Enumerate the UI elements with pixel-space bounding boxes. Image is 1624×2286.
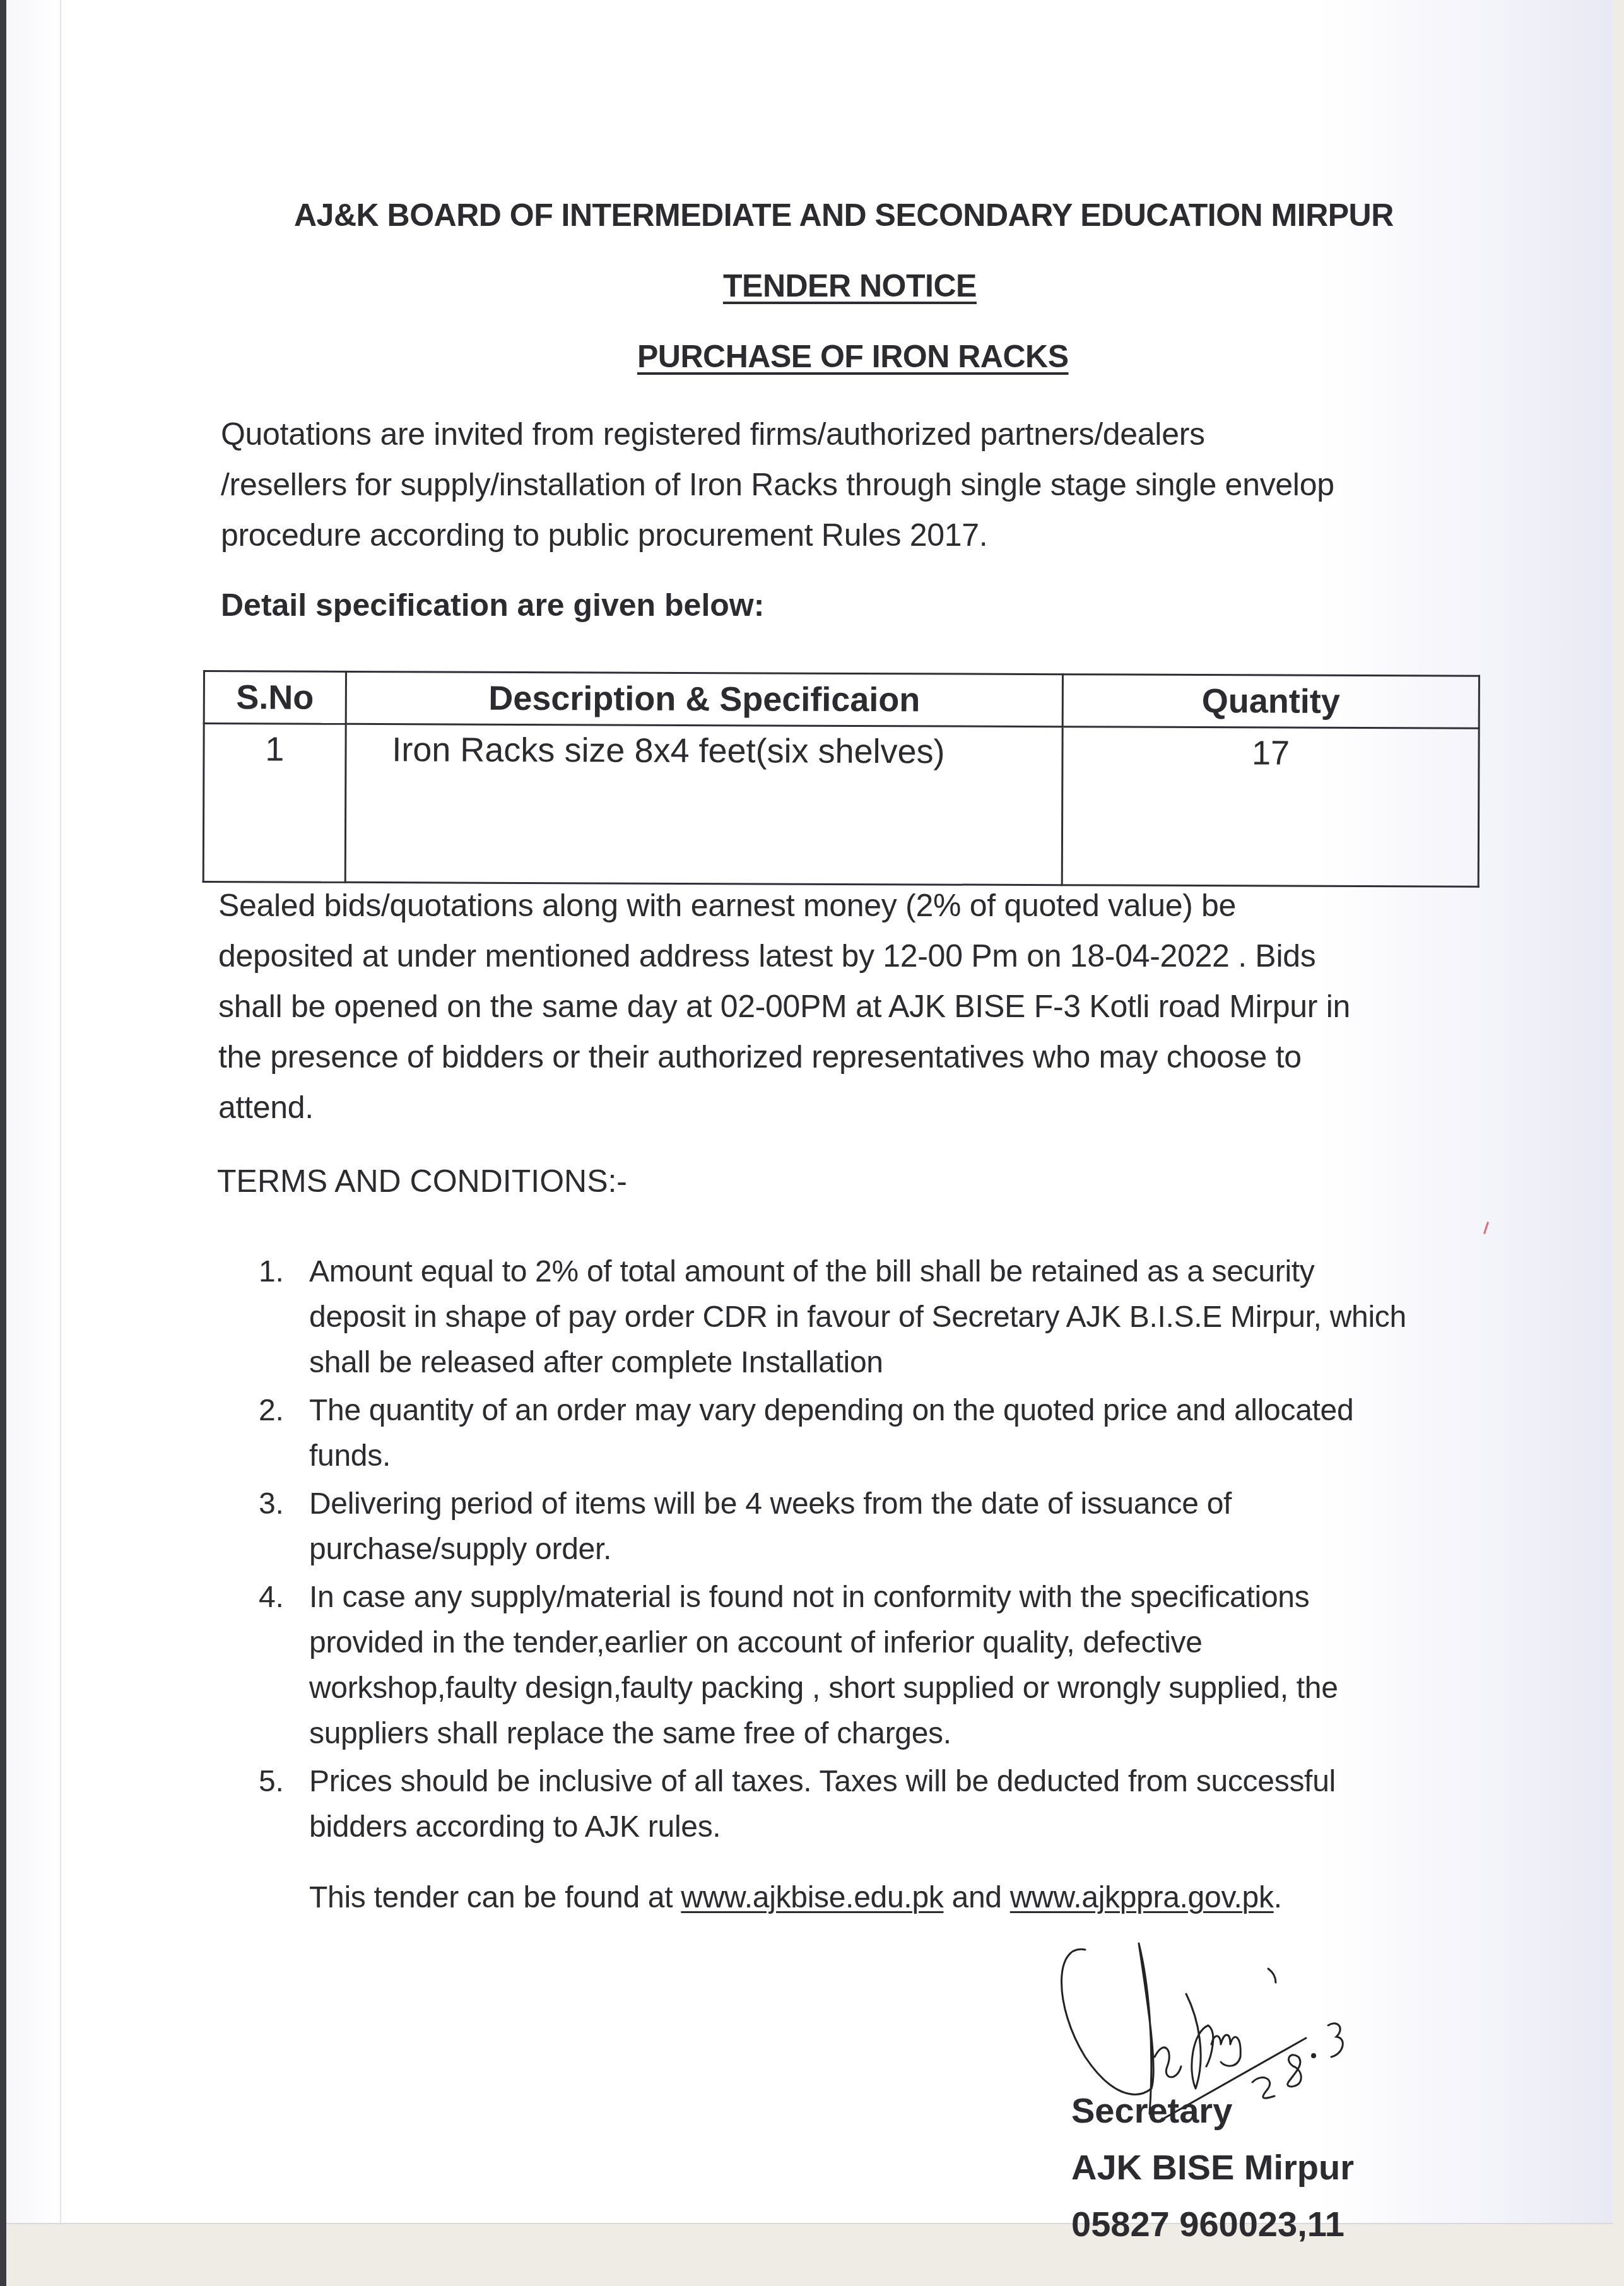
term-number: 5. bbox=[259, 1759, 283, 1805]
submission-line: the presence of bidders or their authori… bbox=[218, 1032, 1350, 1082]
header-quantity: Quantity bbox=[1062, 675, 1479, 729]
signer-phone: 05827 960023,11 bbox=[1071, 2196, 1354, 2253]
term-line: In case any supply/material is found not… bbox=[309, 1575, 1489, 1620]
term-line: Amount equal to 2% of total amount of th… bbox=[309, 1249, 1489, 1295]
signer-office: AJK BISE Mirpur bbox=[1071, 2139, 1354, 2196]
ajkbise-link[interactable]: www.ajkbise.edu.pk bbox=[681, 1881, 943, 1914]
term-number: 4. bbox=[259, 1575, 283, 1620]
notice-type-heading: TENDER NOTICE bbox=[723, 268, 977, 304]
availability-suffix: . bbox=[1274, 1881, 1282, 1914]
term-line: The quantity of an order may vary depend… bbox=[309, 1388, 1489, 1434]
specification-table: S.No Description & Specificaion Quantity… bbox=[203, 670, 1480, 888]
intro-line: /resellers for supply/installation of Ir… bbox=[221, 459, 1334, 510]
term-line: suppliers shall replace the same free of… bbox=[309, 1711, 1489, 1757]
terms-list: 1. Amount equal to 2% of total amount of… bbox=[259, 1249, 1489, 1853]
cell-sno: 1 bbox=[203, 724, 346, 883]
term-line: Delivering period of items will be 4 wee… bbox=[309, 1482, 1489, 1527]
intro-line: procedure according to public procuremen… bbox=[221, 510, 1334, 560]
submission-line: deposited at under mentioned address lat… bbox=[218, 931, 1350, 981]
intro-line: Quotations are invited from registered f… bbox=[221, 409, 1334, 459]
term-item: 2. The quantity of an order may vary dep… bbox=[259, 1388, 1489, 1479]
availability-prefix: This tender can be found at bbox=[309, 1881, 681, 1914]
term-line: bidders according to AJK rules. bbox=[309, 1805, 1489, 1850]
term-line: Prices should be inclusive of all taxes.… bbox=[309, 1759, 1489, 1805]
term-line: provided in the tender,earlier on accoun… bbox=[309, 1620, 1489, 1666]
header-sno: S.No bbox=[204, 671, 346, 724]
term-item: 5. Prices should be inclusive of all tax… bbox=[259, 1759, 1489, 1850]
term-line: workshop,faulty design,faulty packing , … bbox=[309, 1666, 1489, 1711]
term-number: 1. bbox=[259, 1249, 283, 1295]
submission-line: attend. bbox=[218, 1082, 1350, 1133]
cell-description: Iron Racks size 8x4 feet(six shelves) bbox=[345, 724, 1062, 885]
tender-availability-line: This tender can be found at www.ajkbise.… bbox=[309, 1880, 1282, 1915]
term-line: funds. bbox=[309, 1434, 1489, 1479]
terms-title: TERMS AND CONDITIONS:- bbox=[217, 1163, 627, 1199]
cell-quantity: 17 bbox=[1062, 727, 1479, 887]
submission-line: Sealed bids/quotations along with earnes… bbox=[218, 880, 1350, 931]
term-item: 4. In case any supply/material is found … bbox=[259, 1575, 1489, 1757]
submission-paragraph: Sealed bids/quotations along with earnes… bbox=[218, 880, 1350, 1133]
term-line: shall be released after complete Install… bbox=[309, 1340, 1489, 1386]
scanner-edge bbox=[0, 0, 6, 2286]
term-line: deposit in shape of pay order CDR in fav… bbox=[309, 1295, 1489, 1340]
detail-specification-label: Detail specification are given below: bbox=[221, 587, 764, 623]
board-title: AJ&K BOARD OF INTERMEDIATE AND SECONDARY… bbox=[294, 197, 1394, 233]
term-item: 1. Amount equal to 2% of total amount of… bbox=[259, 1249, 1489, 1386]
submission-line: shall be opened on the same day at 02-00… bbox=[218, 981, 1350, 1032]
signer-block: Secretary AJK BISE Mirpur 05827 960023,1… bbox=[1071, 2082, 1354, 2253]
intro-paragraph: Quotations are invited from registered f… bbox=[221, 409, 1334, 560]
table-row: 1 Iron Racks size 8x4 feet(six shelves) … bbox=[203, 724, 1479, 887]
ajkppra-link[interactable]: www.ajkppra.gov.pk bbox=[1010, 1881, 1274, 1914]
subject-heading: PURCHASE OF IRON RACKS bbox=[637, 338, 1068, 375]
term-item: 3. Delivering period of items will be 4 … bbox=[259, 1482, 1489, 1572]
term-number: 2. bbox=[259, 1388, 283, 1434]
availability-middle: and bbox=[943, 1881, 1009, 1914]
table-header-row: S.No Description & Specificaion Quantity bbox=[204, 671, 1479, 729]
term-number: 3. bbox=[259, 1482, 283, 1527]
header-description: Description & Specificaion bbox=[346, 671, 1063, 726]
term-line: purchase/supply order. bbox=[309, 1527, 1489, 1572]
signer-title: Secretary bbox=[1071, 2082, 1354, 2139]
